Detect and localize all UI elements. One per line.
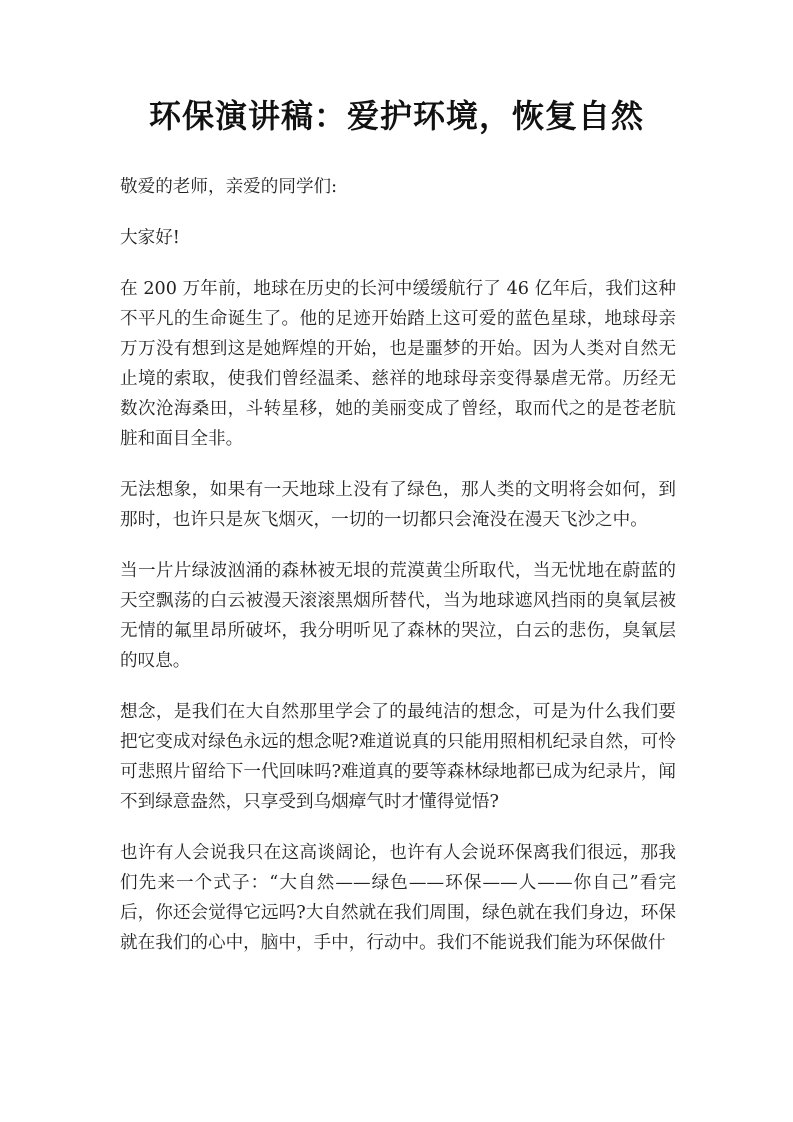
document-page: 环保演讲稿：爱护环境，恢复自然 敬爱的老师，亲爱的同学们: 大家好! 在 200… <box>0 0 793 1122</box>
paragraph-formula: 也许有人会说我只在这高谈阔论，也许有人会说环保离我们很远，那我们先来一个式子：“… <box>120 838 676 958</box>
paragraph-imagine: 无法想象，如果有一天地球上没有了绿色，那人类的文明将会如何，到那时，也许只是灰飞… <box>120 475 676 535</box>
document-body: 敬爱的老师，亲爱的同学们: 大家好! 在 200 万年前，地球在历史的长河中缓缓… <box>120 172 676 979</box>
paragraph-forest: 当一片片绿波汹涌的森林被无垠的荒漠黄尘所取代，当无忧地在蔚蓝的天空飘荡的白云被漫… <box>120 556 676 676</box>
paragraph-greeting: 大家好! <box>120 223 676 253</box>
paragraph-history: 在 200 万年前，地球在历史的长河中缓缓航行了 46 亿年后，我们这种不平凡的… <box>120 274 676 454</box>
paragraph-salutation: 敬爱的老师，亲爱的同学们: <box>120 172 676 202</box>
document-title: 环保演讲稿：爱护环境，恢复自然 <box>0 94 793 138</box>
paragraph-longing: 想念，是我们在大自然那里学会了的最纯洁的想念，可是为什么我们要把它变成对绿色永远… <box>120 697 676 817</box>
